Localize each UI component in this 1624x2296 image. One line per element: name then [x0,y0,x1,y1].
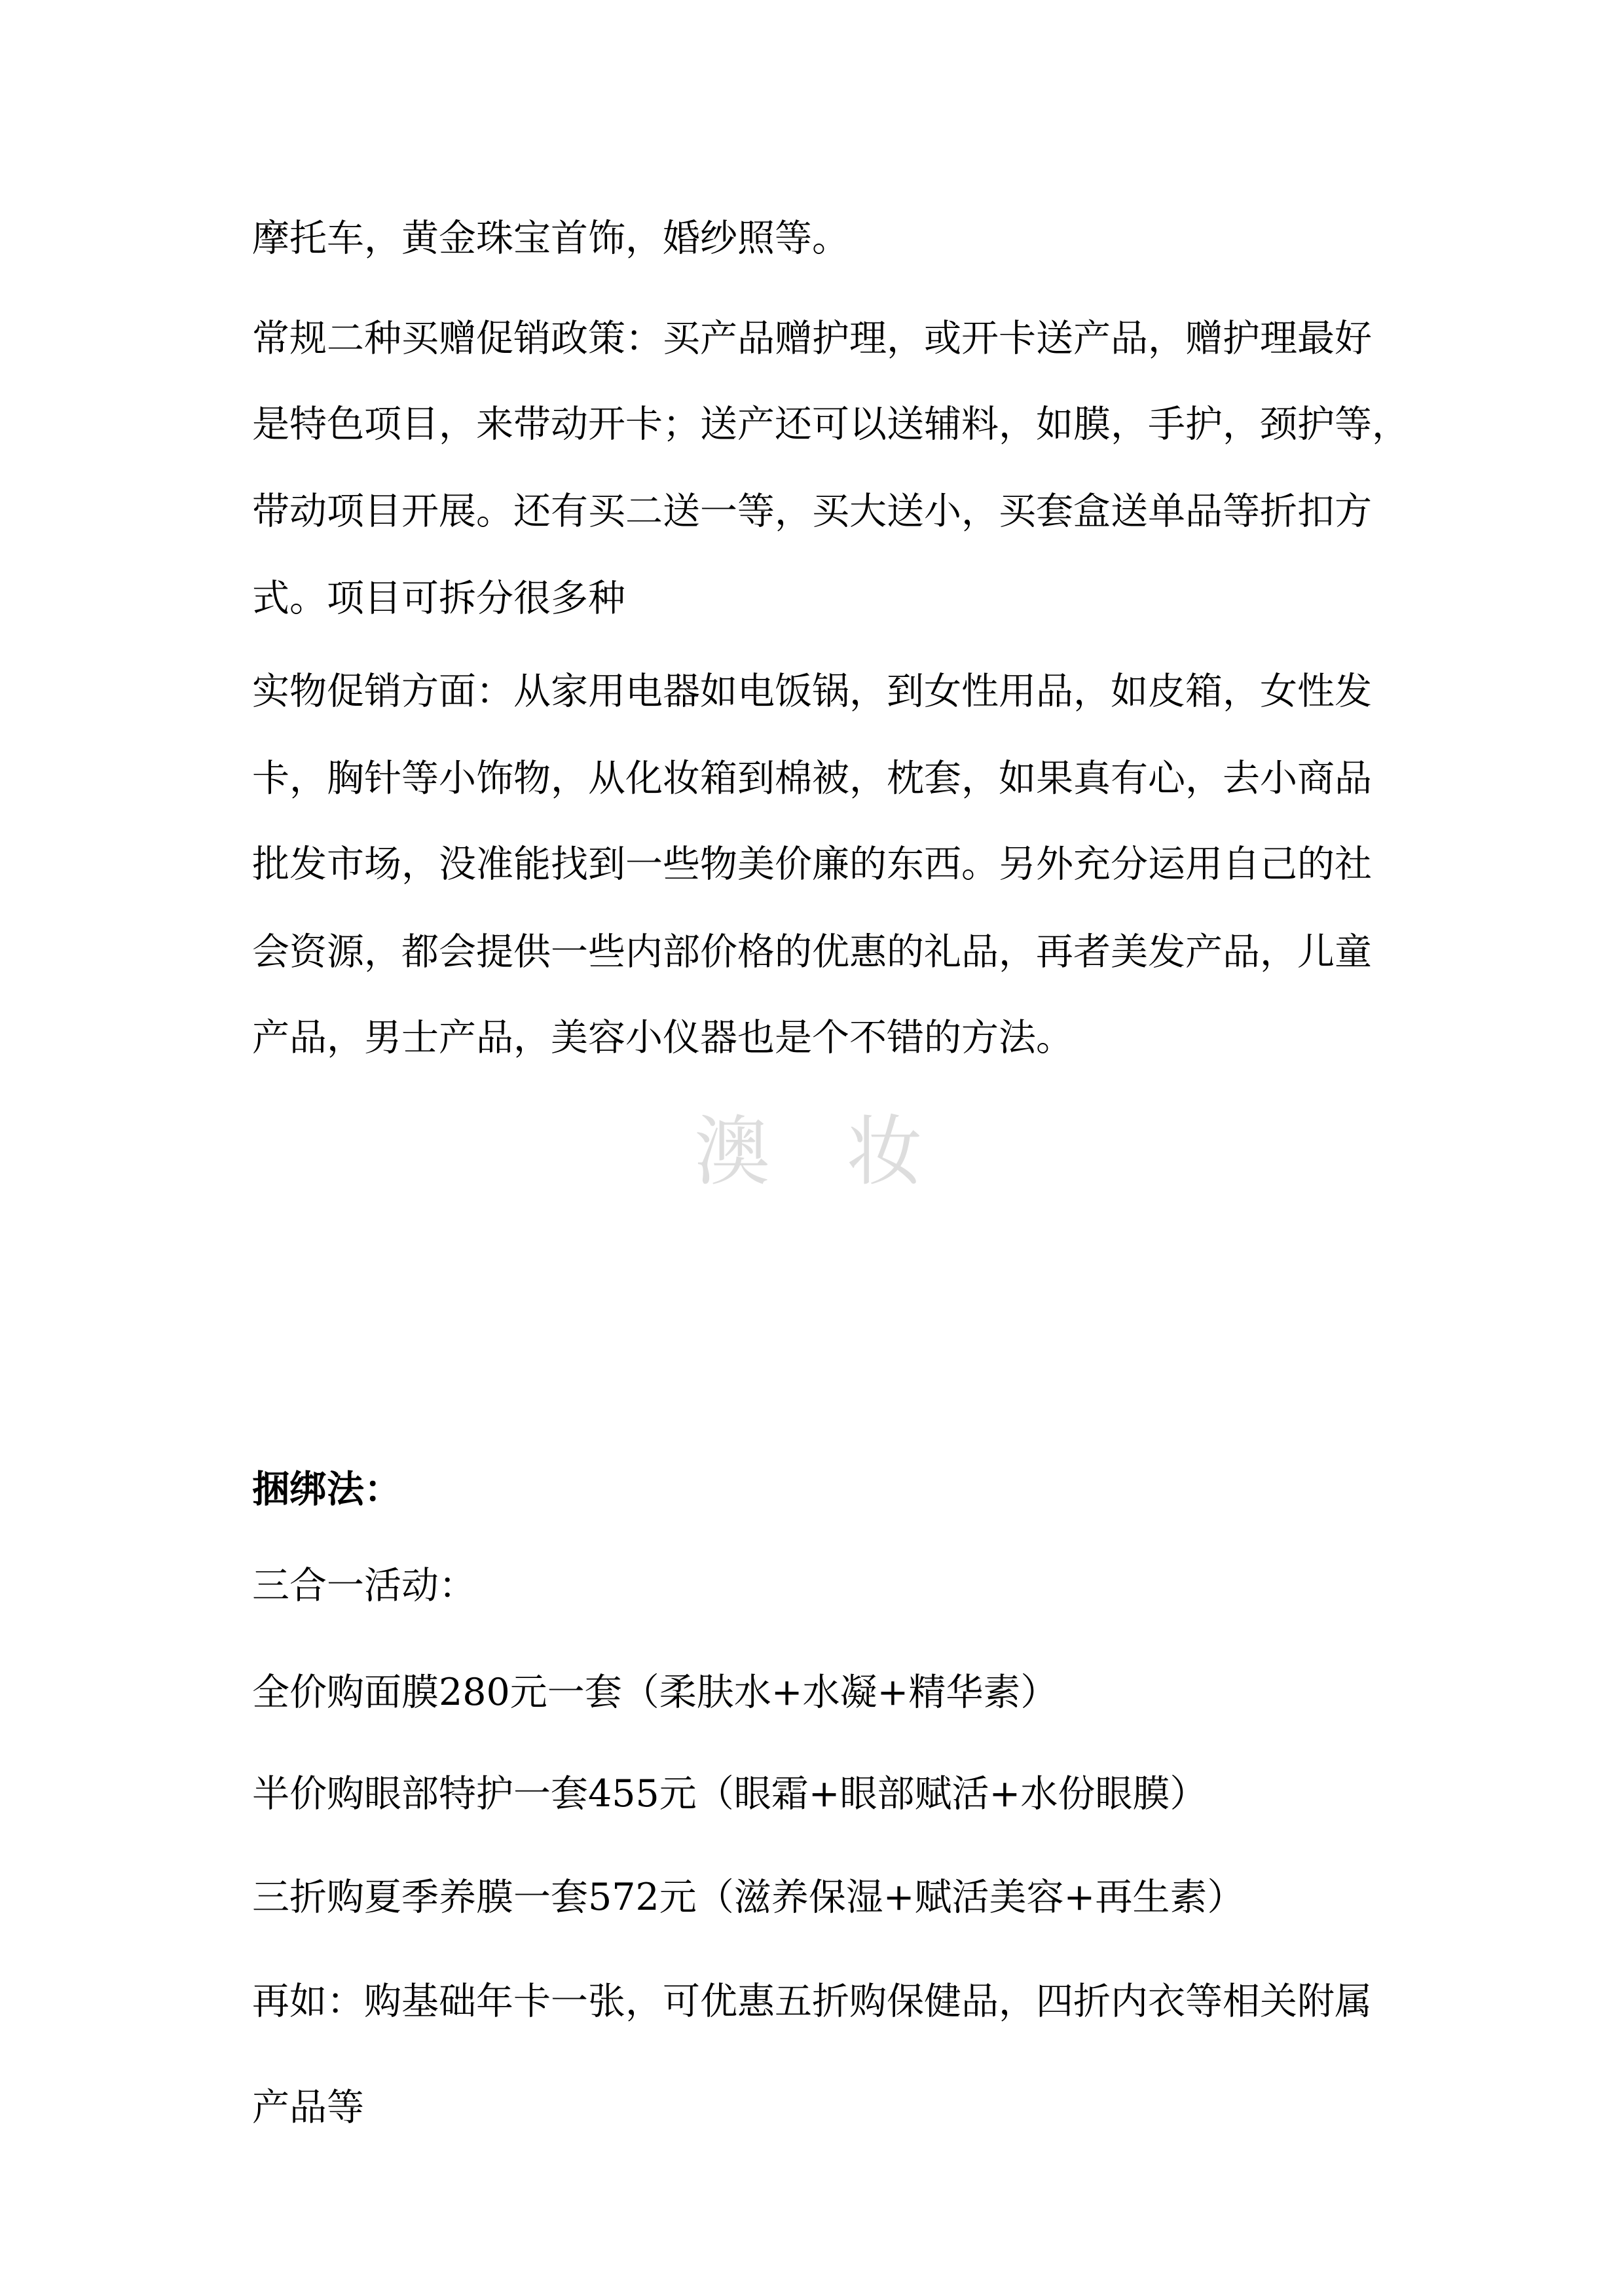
watermark: 澳 妆 [694,1106,930,1198]
list-item: 全价购面膜280元一套（柔肤水+水凝+精华素） [252,1666,1392,1719]
list-item: 半价购眼部特护一套455元（眼霜+眼部赋活+水份眼膜） [252,1768,1392,1820]
section-heading: 捆绑法： [252,1463,1392,1516]
text-line: 常规二种买赠促销政策：买产品赠护理，或开卡送产品，赠护理最好 [252,312,1392,365]
text-line: 卡，胸针等小饰物，从化妆箱到棉被，枕套，如果真有心，去小商品 [252,752,1392,805]
text-line: 摩托车，黄金珠宝首饰，婚纱照等。 [252,212,1392,264]
document-page: 摩托车，黄金珠宝首饰，婚纱照等。 常规二种买赠促销政策：买产品赠护理，或开卡送产… [0,0,1624,2296]
text-line: 批发市场，没准能找到一些物美价廉的东西。另外充分运用自己的社 [252,838,1392,890]
text-line: 式。项目可拆分很多种 [252,572,1392,625]
text-line: 带动项目开展。还有买二送一等，买大送小，买套盒送单品等折扣方 [252,485,1392,538]
text-line: 是特色项目，来带动开卡；送产还可以送辅料，如膜，手护，颈护等， [252,398,1392,450]
text-line: 产品，男士产品，美容小仪器也是个不错的方法。 [252,1011,1392,1064]
text-line: 产品等 [252,2081,1392,2134]
list-item: 三折购夏季养膜一套572元（滋养保湿+赋活美容+再生素） [252,1871,1392,1923]
text-line: 再如：购基础年卡一张，可优惠五折购保健品，四折内衣等相关附属 [252,1975,1392,2028]
text-line: 实物促销方面：从家用电器如电饭锅，到女性用品，如皮箱，女性发 [252,665,1392,718]
section-subheading: 三合一活动： [252,1559,1392,1612]
text-line: 会资源，都会提供一些内部价格的优惠的礼品，再者美发产品，儿童 [252,926,1392,978]
